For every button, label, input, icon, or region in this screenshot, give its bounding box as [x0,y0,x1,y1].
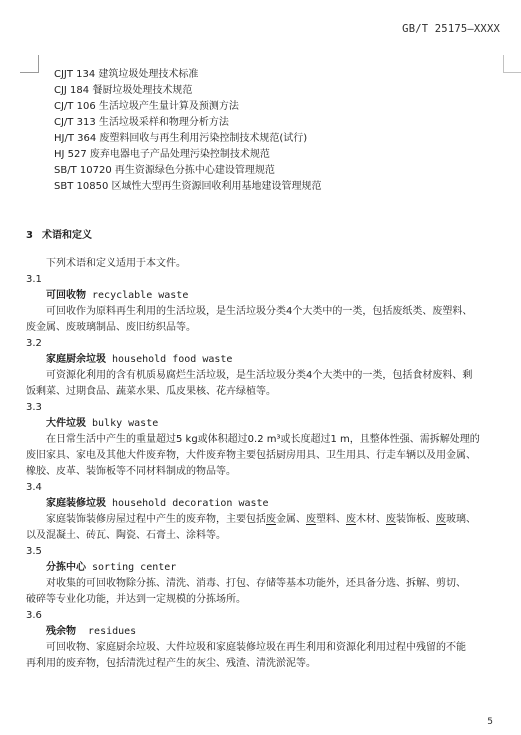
reference-item: CJJT 134 建筑垃圾处理技术标准 [54,67,322,83]
normative-references-list: CJJT 134 建筑垃圾处理技术标准CJJ 184 餐厨垃圾处理技术规范CJ/… [54,67,322,195]
term-title-en: sorting center [86,562,176,573]
term-title: 分拣中心 sorting center [26,560,497,576]
section-number: 3 [26,230,33,241]
header-crop-mark-right [503,55,521,73]
term-title-en: bulky waste [86,418,158,429]
terms-and-definitions-section: 3术语和定义 下列术语和定义适用于本文件。 3.1 可回收物 recyclabl… [26,228,497,672]
term-entry-3-4: 3.4 家庭装修垃圾 household decoration waste 家庭… [26,480,497,544]
definition-line: 再利用的废弃物，包括清洗过程产生的灰尘、残渣、清洗淤泥等。 [26,656,497,672]
term-title-zh: 家庭装修垃圾 [46,498,106,509]
term-definition: 可资源化利用的含有机质易腐烂生活垃圾，是生活垃圾分类4个大类中的一类，包括食材废… [26,368,497,400]
term-title: 可回收物 recyclable waste [26,288,497,304]
term-title: 家庭装修垃圾 household decoration waste [26,496,497,512]
reference-item: SB/T 10720 再生资源绿色分拣中心建设管理规范 [54,163,322,179]
section-intro: 下列术语和定义适用于本文件。 [26,256,497,272]
definition-line: 破碎等专业化功能，并达到一定规模的分拣场所。 [26,592,497,608]
section-heading: 3术语和定义 [26,228,497,244]
term-definition: 在日常生活中产生的重量超过5 kg或体积超过0.2 m³或长度超过1 m，且整体… [26,432,497,480]
term-number: 3.1 [26,272,497,288]
term-title-zh: 大件垃圾 [46,418,86,429]
term-entry-3-3: 3.3 大件垃圾 bulky waste 在日常生活中产生的重量超过5 kg或体… [26,400,497,480]
term-entry-3-1: 3.1 可回收物 recyclable waste 可回收作为原料再生利用的生活… [26,272,497,336]
definition-line: 废旧家具、家电及其他大件废弃物，大件废弃物主要包括厨房用具、卫生用具、行走车辆以… [26,448,497,464]
term-number: 3.2 [26,336,497,352]
term-number: 3.5 [26,544,497,560]
definition-line: 家庭装饰装修房屋过程中产生的废弃物，主要包括废金属、废塑料、废木材、废装饰板、废… [26,512,497,528]
document-code-header: GB/T 25175—XXXX [402,23,500,35]
term-title: 残余物 residues [26,624,497,640]
term-title-en: household food waste [106,354,232,365]
term-definition: 可回收物、家庭厨余垃圾、大件垃圾和家庭装修垃圾在再生利用和资源化利用过程中残留的… [26,640,497,672]
reference-item: CJJ 184 餐厨垃圾处理技术规范 [54,83,322,99]
reference-item: HJ/T 364 废塑料回收与再生利用污染控制技术规范(试行) [54,131,322,147]
reference-item: SBT 10850 区域性大型再生资源回收利用基地建设管理规范 [54,179,322,195]
term-title-en: recyclable waste [86,290,188,301]
page-number: 5 [487,717,493,727]
definition-line: 可回收作为原料再生利用的生活垃圾，是生活垃圾分类4个大类中的一类，包括废纸类、废… [26,304,497,320]
term-title-zh: 家庭厨余垃圾 [46,354,106,365]
reference-item: CJ/T 106 生活垃圾产生量计算及预测方法 [54,99,322,115]
section-title: 术语和定义 [42,230,92,241]
term-definition: 家庭装饰装修房屋过程中产生的废弃物，主要包括废金属、废塑料、废木材、废装饰板、废… [26,512,497,544]
term-definition: 对收集的可回收物除分拣、清洗、消毒、打包、存储等基本功能外，还具备分选、拆解、剪… [26,576,497,608]
term-entry-3-2: 3.2 家庭厨余垃圾 household food waste 可资源化利用的含… [26,336,497,400]
term-number: 3.3 [26,400,497,416]
definition-line: 在日常生活中产生的重量超过5 kg或体积超过0.2 m³或长度超过1 m，且整体… [26,432,497,448]
header-crop-mark-left [20,55,39,73]
term-title-zh: 残余物 [46,626,76,637]
term-title-zh: 可回收物 [46,290,86,301]
term-title-en: residues [76,626,136,637]
term-entry-3-5: 3.5 分拣中心 sorting center 对收集的可回收物除分拣、清洗、消… [26,544,497,608]
definition-line: 可回收物、家庭厨余垃圾、大件垃圾和家庭装修垃圾在再生利用和资源化利用过程中残留的… [26,640,497,656]
term-title-en: household decoration waste [106,498,269,509]
term-number: 3.4 [26,480,497,496]
definition-line: 饭剩菜、过期食品、蔬菜水果、瓜皮果核、花卉绿植等。 [26,384,497,400]
reference-item: HJ 527 废弃电器电子产品处理污染控制技术规范 [54,147,322,163]
reference-item: CJ/T 313 生活垃圾采样和物理分析方法 [54,115,322,131]
term-title: 大件垃圾 bulky waste [26,416,497,432]
definition-line: 可资源化利用的含有机质易腐烂生活垃圾，是生活垃圾分类4个大类中的一类，包括食材废… [26,368,497,384]
definition-line: 对收集的可回收物除分拣、清洗、消毒、打包、存储等基本功能外，还具备分选、拆解、剪… [26,576,497,592]
term-number: 3.6 [26,608,497,624]
term-definition: 可回收作为原料再生利用的生活垃圾，是生活垃圾分类4个大类中的一类，包括废纸类、废… [26,304,497,336]
definition-line: 废金属、废玻璃制品、废旧纺织品等。 [26,320,497,336]
term-title: 家庭厨余垃圾 household food waste [26,352,497,368]
document-page: GB/T 25175—XXXX CJJT 134 建筑垃圾处理技术标准CJJ 1… [0,0,521,735]
term-title-zh: 分拣中心 [46,562,86,573]
definition-line: 以及混凝土、砖瓦、陶瓷、石膏土、涂料等。 [26,528,497,544]
term-entry-3-6: 3.6 残余物 residues 可回收物、家庭厨余垃圾、大件垃圾和家庭装修垃圾… [26,608,497,672]
definition-line: 橡胶、皮革、装饰板等不同材料制成的物品等。 [26,464,497,480]
